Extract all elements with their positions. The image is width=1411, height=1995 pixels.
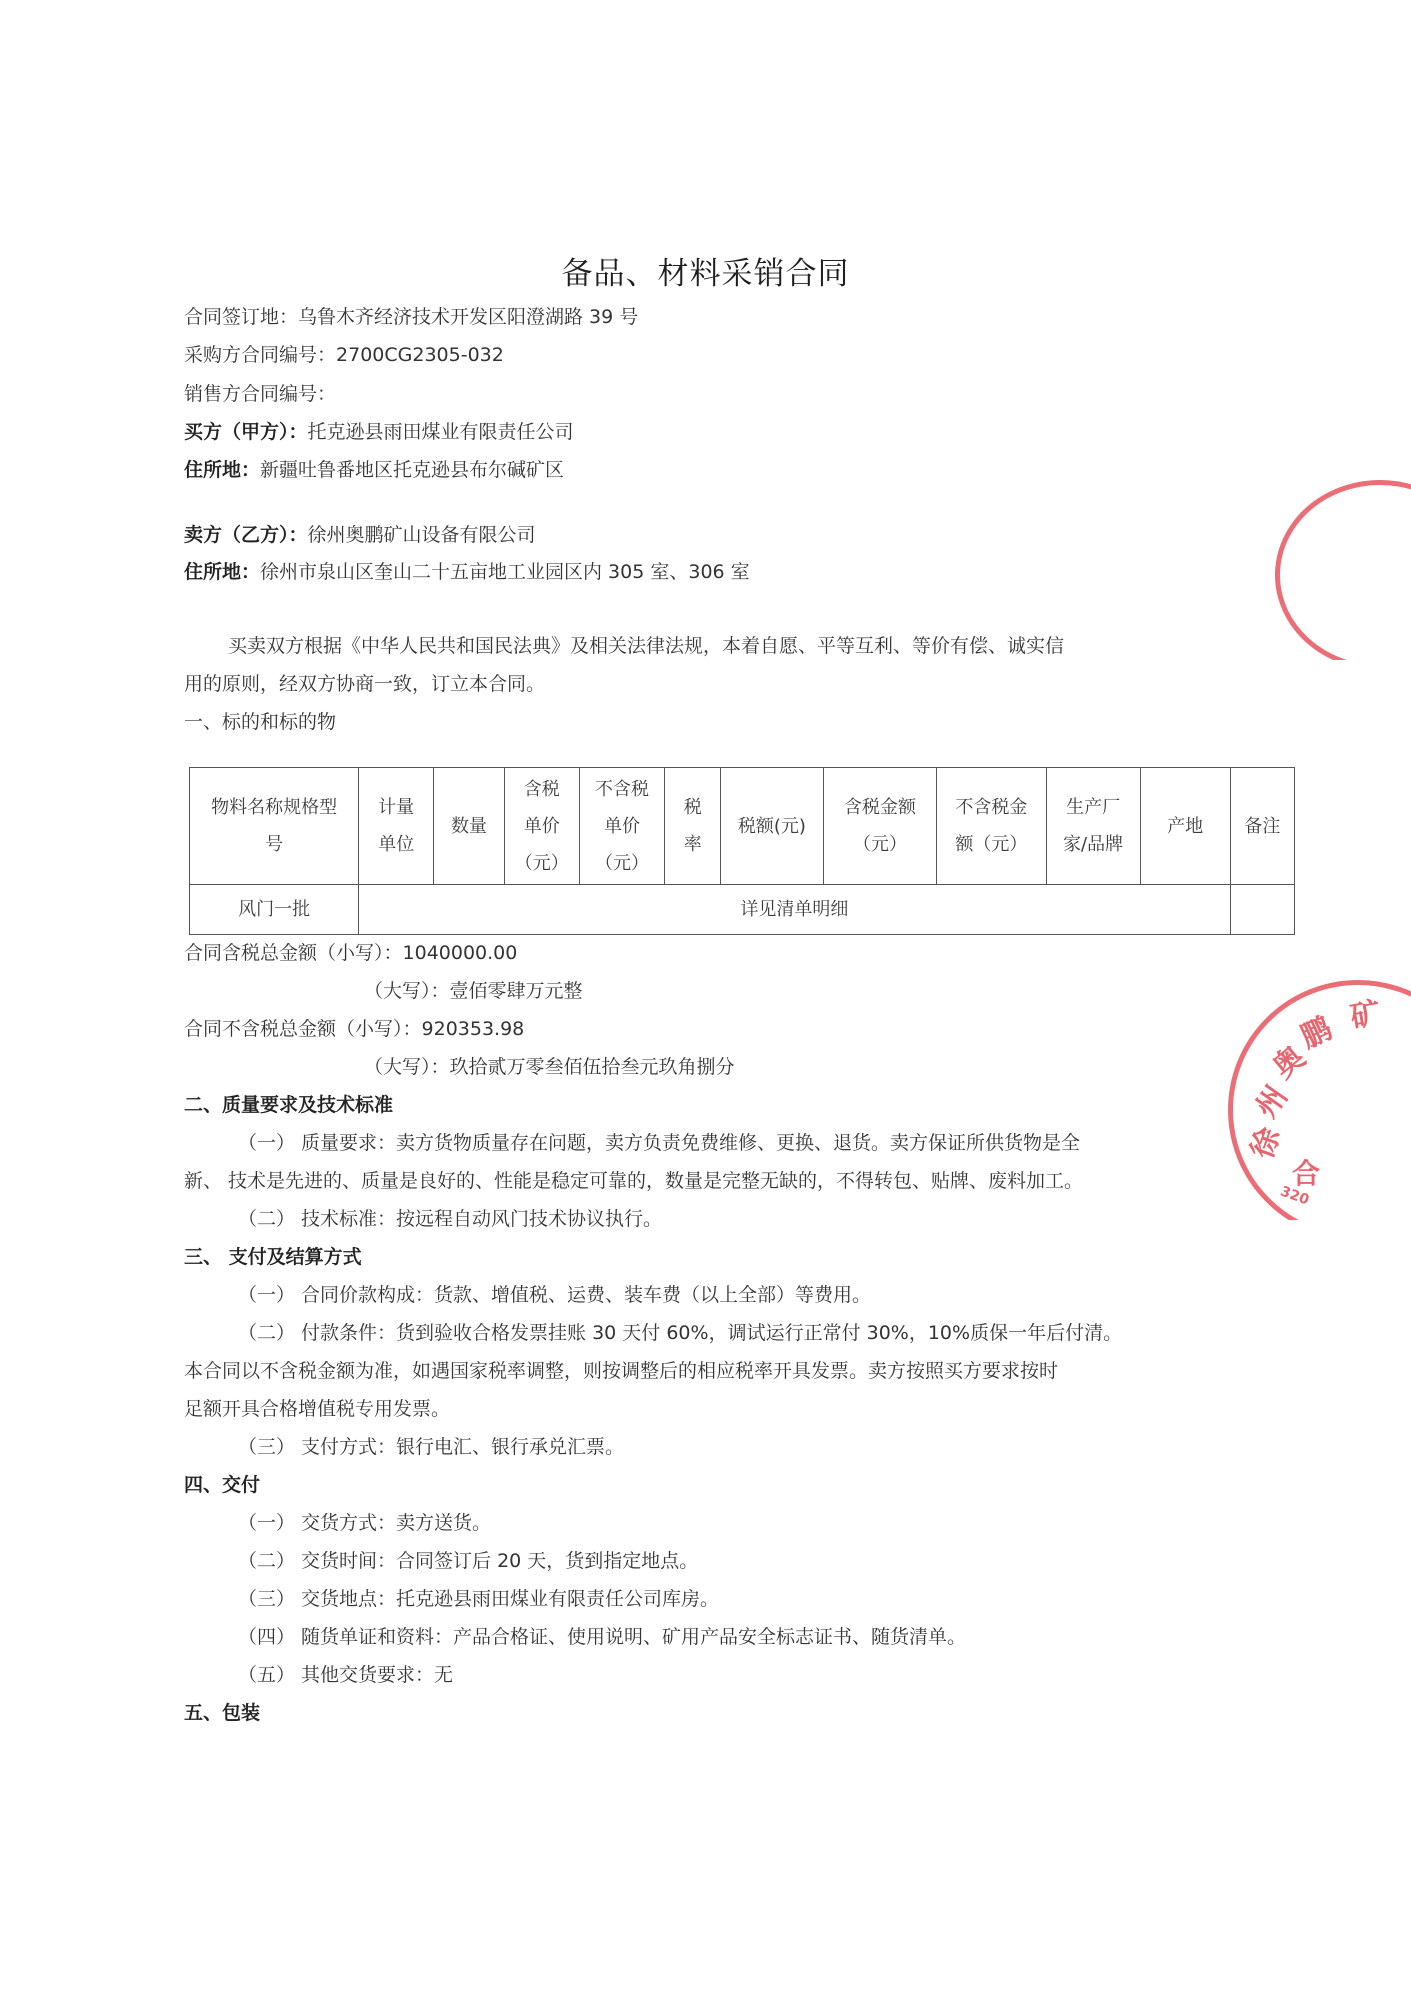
total-tax-incl-small-value: 1040000.00 xyxy=(403,942,518,964)
signing-place: 合同签订地：乌鲁木齐经济技术开发区阳澄湖路 39 号 xyxy=(184,302,638,329)
section3-line-2: （二） 付款条件：货到验收合格发票挂账 30 天付 60%，调试运行正常付 30… xyxy=(238,1318,1122,1345)
section2-line-3: （二） 技术标准：按远程自动风门技术协议执行。 xyxy=(238,1204,662,1231)
col-header-manufacturer: 生产厂家/品牌 xyxy=(1046,768,1140,885)
section4-line-1: （一） 交货方式：卖方送货。 xyxy=(238,1508,491,1535)
section2-line-2: 新、 技术是先进的、质量是良好的、性能是稳定可靠的，数量是完整无缺的，不得转包、… xyxy=(184,1166,1083,1193)
col-header-tax-rate: 税率 xyxy=(665,768,721,885)
total-tax-incl-big-label: （大写）： xyxy=(364,980,450,1002)
buyer-address: 住所地：新疆吐鲁番地区托克逊县布尔碱矿区 xyxy=(184,455,564,482)
section2-line-1: （一） 质量要求：卖方货物质量存在问题，卖方负责免费维修、更换、退货。卖方保证所… xyxy=(238,1128,1080,1155)
table-row: 风门一批 详见清单明细 xyxy=(190,885,1295,935)
contract-page: 备品、材料采销合同 合同签订地：乌鲁木齐经济技术开发区阳澄湖路 39 号 采购方… xyxy=(0,0,1411,1995)
seller-address-label: 住所地： xyxy=(184,561,260,583)
cell-detail-reference: 详见清单明细 xyxy=(359,885,1230,935)
total-tax-incl-big-value: 壹佰零肆万元整 xyxy=(450,980,583,1002)
seller-address: 住所地：徐州市泉山区奎山二十五亩地工业园区内 305 室、306 室 xyxy=(184,557,750,584)
col-header-quantity: 数量 xyxy=(434,768,505,885)
section3-line-5: （三） 支付方式：银行电汇、银行承兑汇票。 xyxy=(238,1432,624,1459)
col-header-unit-price-tax-excl: 不含税单价（元） xyxy=(579,768,665,885)
preamble-line-1: 买卖双方根据《中华人民共和国民法典》及相关法律法规，本着自愿、平等互利、等价有偿… xyxy=(228,631,1064,658)
total-tax-excl-big-value: 玖拾贰万零叁佰伍拾叁元玖角捌分 xyxy=(450,1056,735,1078)
section4-line-3: （三） 交货地点：托克逊县雨田煤业有限责任公司库房。 xyxy=(238,1584,719,1611)
total-tax-excl-small: 合同不含税总金额（小写）：920353.98 xyxy=(184,1014,524,1041)
buyer-contract-number: 采购方合同编号：2700CG2305-032 xyxy=(184,340,504,367)
section1-heading: 一、标的和标的物 xyxy=(184,707,336,734)
company-seal: 徐 州 奥 鹏 矿 合 320 xyxy=(1200,960,1411,1220)
section3-line-3: 本合同以不含税金额为准，如遇国家税率调整，则按调整后的相应税率开具发票。卖方按照… xyxy=(184,1356,1058,1383)
seller-party: 卖方（乙方）：徐州奥鹏矿山设备有限公司 xyxy=(184,520,536,547)
buyer-party-label: 买方（甲方）： xyxy=(184,421,308,443)
buyer-contract-number-label: 采购方合同编号： xyxy=(184,344,336,366)
section3-heading: 三、 支付及结算方式 xyxy=(184,1242,362,1269)
seller-contract-number-label: 销售方合同编号： xyxy=(184,383,336,405)
total-tax-incl-small: 合同含税总金额（小写）：1040000.00 xyxy=(184,938,517,965)
section4-line-5: （五） 其他交货要求：无 xyxy=(238,1660,453,1687)
col-header-remark: 备注 xyxy=(1230,768,1294,885)
col-header-origin: 产地 xyxy=(1140,768,1230,885)
total-tax-incl-small-label: 合同含税总金额（小写）： xyxy=(184,942,403,964)
seal-partial-upper xyxy=(1260,480,1411,660)
col-header-material: 物料名称规格型号 xyxy=(190,768,359,885)
section4-line-4: （四） 随货单证和资料：产品合格证、使用说明、矿用产品安全标志证书、随货清单。 xyxy=(238,1622,966,1649)
document-title: 备品、材料采销合同 xyxy=(0,248,1411,293)
seller-party-label: 卖方（乙方）： xyxy=(184,524,308,546)
cell-material-name: 风门一批 xyxy=(190,885,359,935)
section4-heading: 四、交付 xyxy=(184,1470,260,1497)
col-header-unit-price-tax-incl: 含税单价（元） xyxy=(504,768,579,885)
buyer-party: 买方（甲方）：托克逊县雨田煤业有限责任公司 xyxy=(184,417,574,444)
preamble-line-2: 用的原则，经双方协商一致，订立本合同。 xyxy=(184,669,545,696)
buyer-party-value: 托克逊县雨田煤业有限责任公司 xyxy=(308,421,574,443)
col-header-amount-tax-excl: 不含税金额（元） xyxy=(937,768,1046,885)
col-header-tax-amount: 税额(元) xyxy=(721,768,824,885)
buyer-address-label: 住所地： xyxy=(184,459,260,481)
buyer-contract-number-value: 2700CG2305-032 xyxy=(336,344,504,366)
seller-contract-number: 销售方合同编号： xyxy=(184,379,336,406)
total-tax-excl-big-label: （大写）： xyxy=(364,1056,450,1078)
section3-line-4: 足额开具合格增值税专用发票。 xyxy=(184,1394,450,1421)
col-header-unit: 计量单位 xyxy=(359,768,434,885)
table-header-row: 物料名称规格型号 计量单位 数量 含税单价（元） 不含税单价（元） 税率 税额(… xyxy=(190,768,1295,885)
section2-heading: 二、质量要求及技术标准 xyxy=(184,1090,393,1117)
buyer-address-value: 新疆吐鲁番地区托克逊县布尔碱矿区 xyxy=(260,459,564,481)
seal-ring-upper xyxy=(1275,480,1411,660)
signing-place-value: 乌鲁木齐经济技术开发区阳澄湖路 39 号 xyxy=(298,306,638,328)
cell-remark xyxy=(1230,885,1294,935)
seller-address-value: 徐州市泉山区奎山二十五亩地工业园区内 305 室、306 室 xyxy=(260,561,750,583)
section5-heading: 五、包装 xyxy=(184,1698,260,1725)
total-tax-excl-big: （大写）：玖拾贰万零叁佰伍拾叁元玖角捌分 xyxy=(364,1052,735,1079)
signing-place-label: 合同签订地： xyxy=(184,306,298,328)
col-header-amount-tax-incl: 含税金额（元） xyxy=(823,768,936,885)
total-tax-excl-small-value: 920353.98 xyxy=(422,1018,525,1040)
total-tax-incl-big: （大写）：壹佰零肆万元整 xyxy=(364,976,583,1003)
seller-party-value: 徐州奥鹏矿山设备有限公司 xyxy=(308,524,536,546)
items-table: 物料名称规格型号 计量单位 数量 含税单价（元） 不含税单价（元） 税率 税额(… xyxy=(189,767,1295,935)
section3-line-1: （一） 合同价款构成：货款、增值税、运费、装车费（以上全部）等费用。 xyxy=(238,1280,871,1307)
seal-char: 合 xyxy=(1292,1152,1320,1192)
section4-line-2: （二） 交货时间：合同签订后 20 天，货到指定地点。 xyxy=(238,1546,698,1573)
total-tax-excl-small-label: 合同不含税总金额（小写）： xyxy=(184,1018,422,1040)
